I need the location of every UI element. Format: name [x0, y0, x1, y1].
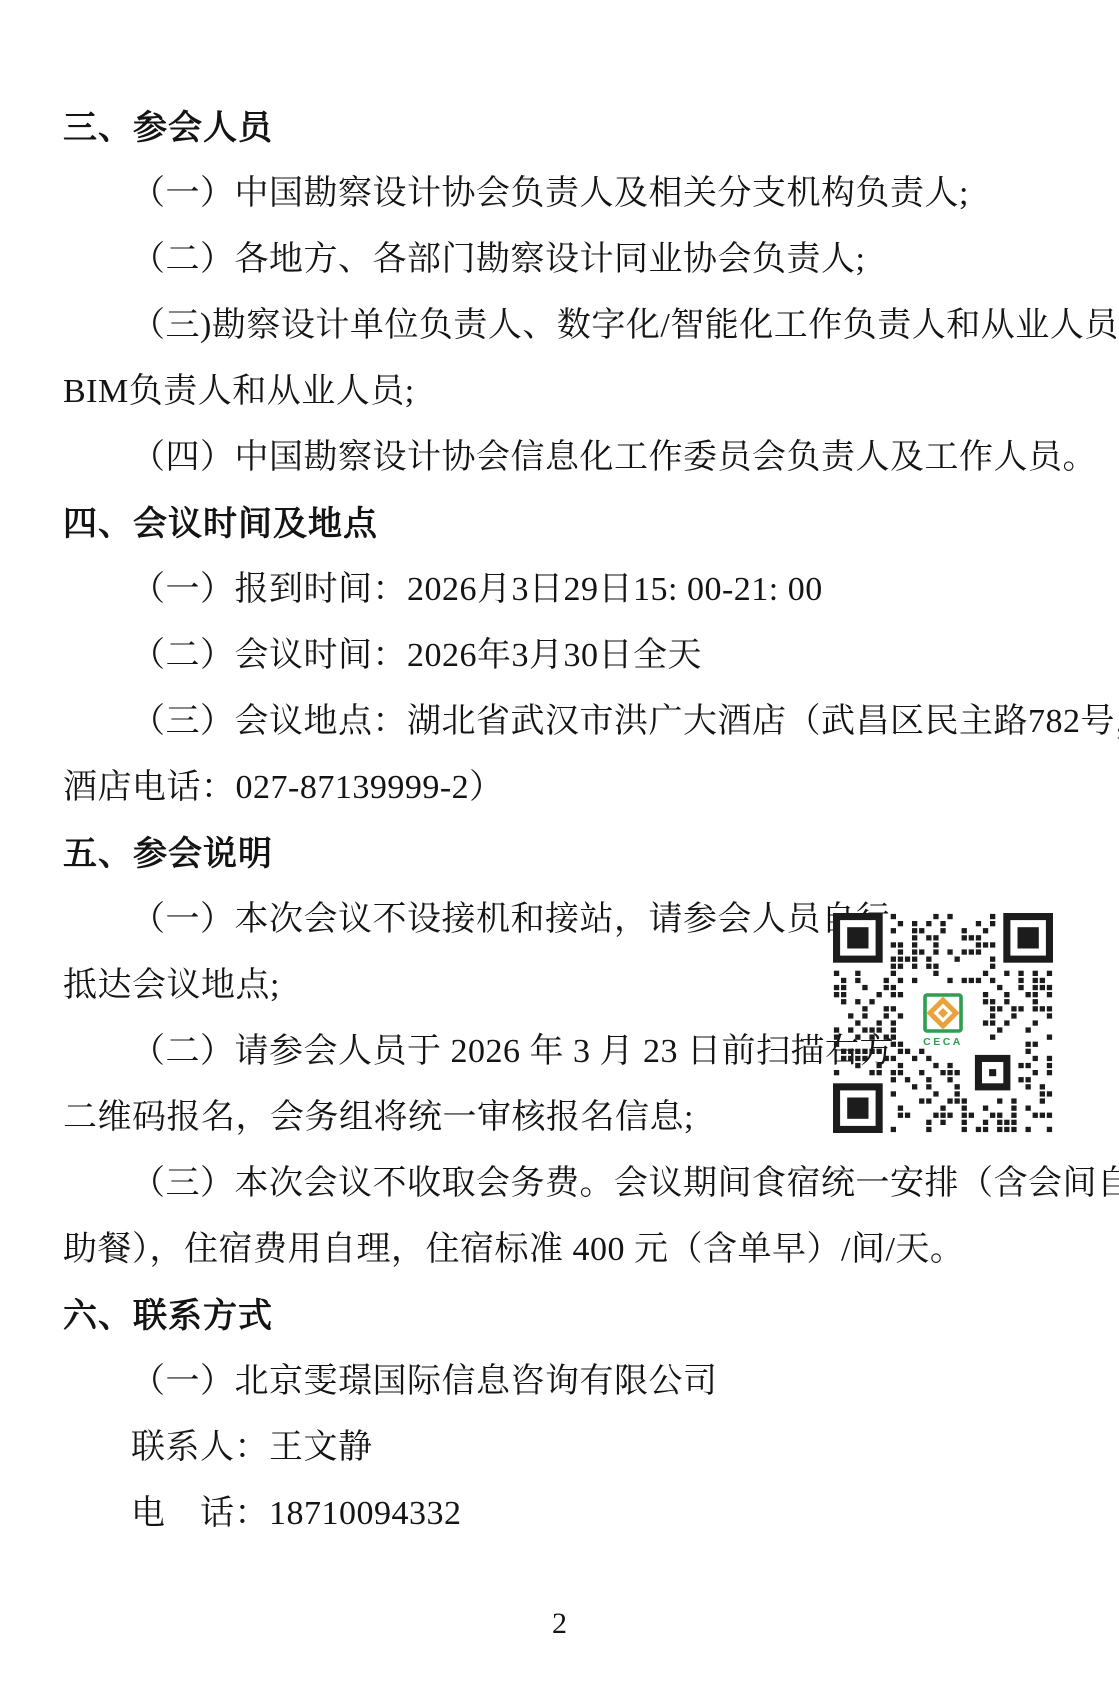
doc-line: 助餐），住宿费用自理，住宿标准 400 元（含单早）/间/天。: [63, 1217, 1056, 1283]
section-heading-3: 三、参会人员: [63, 95, 1056, 161]
doc-line: （四）中国勘察设计协会信息化工作委员会负责人及工作人员。: [63, 425, 1056, 491]
page-number: 2: [0, 1606, 1119, 1642]
doc-line: （一）中国勘察设计协会负责人及相关分支机构负责人;: [63, 161, 1056, 227]
doc-line: （一）报到时间：2026月3日29日15: 00-21: 00: [63, 557, 1056, 623]
qr-code: CECA: [833, 913, 1053, 1133]
doc-line: BIM负责人和从业人员;: [63, 359, 1056, 425]
section-heading-4: 四、会议时间及地点: [63, 491, 1056, 557]
contact-phone-line: 电 话：18710094332: [63, 1481, 1056, 1547]
qr-code-svg: CECA: [833, 913, 1053, 1133]
doc-line: （二）各地方、各部门勘察设计同业协会负责人;: [63, 227, 1056, 293]
doc-line: 酒店电话：027-87139999-2）: [63, 755, 1056, 821]
contact-person-line: 联系人：王文静: [63, 1415, 1056, 1481]
document-body: 三、参会人员 （一）中国勘察设计协会负责人及相关分支机构负责人; （二）各地方、…: [63, 95, 1056, 1547]
doc-line: （三)勘察设计单位负责人、数字化/智能化工作负责人和从业人员、: [63, 293, 1056, 359]
svg-text:CECA: CECA: [923, 1036, 963, 1048]
doc-line: （二）会议时间：2026年3月30日全天: [63, 623, 1056, 689]
section-heading-6: 六、联系方式: [63, 1283, 1056, 1349]
section-heading-5: 五、参会说明: [63, 821, 1056, 887]
doc-line: （三）会议地点：湖北省武汉市洪广大酒店（武昌区民主路782号，: [63, 689, 1056, 755]
document-page: 三、参会人员 （一）中国勘察设计协会负责人及相关分支机构负责人; （二）各地方、…: [0, 0, 1119, 1689]
doc-line: （三）本次会议不收取会务费。会议期间食宿统一安排（含会间自: [63, 1151, 1056, 1217]
doc-line: （一）北京雯璟国际信息咨询有限公司: [63, 1349, 1056, 1415]
